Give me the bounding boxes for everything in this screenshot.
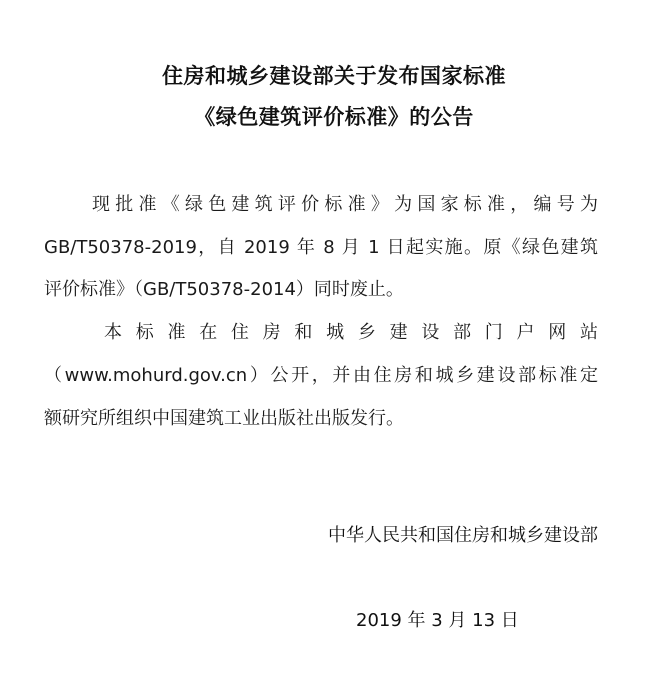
document-title-line-2: 《绿色建筑评价标准》的公告	[0, 101, 668, 131]
paragraph-line: GB/T50378-2019，自 2019 年 8 月 1 日起实施。原《绿色建…	[44, 233, 598, 259]
document-title-line-1: 住房和城乡建设部关于发布国家标准	[0, 60, 668, 90]
issuer-signature: 中华人民共和国住房和城乡建设部	[278, 521, 598, 547]
paragraph-line: 评价标准》（GB/T50378-2014）同时废止。	[44, 275, 404, 301]
issue-date: 2019 年 3 月 13 日	[356, 606, 519, 632]
paragraph-line: 额研究所组织中国建筑工业出版社出版发行。	[44, 404, 404, 430]
paragraph-line: （www.mohurd.gov.cn）公开，并由住房和城乡建设部标准定	[44, 361, 598, 387]
paragraph-line: 本标准在住房和城乡建设部门户网站	[104, 318, 598, 344]
paragraph-line: 现批准《绿色建筑评价标准》为国家标准，编号为	[92, 190, 598, 216]
